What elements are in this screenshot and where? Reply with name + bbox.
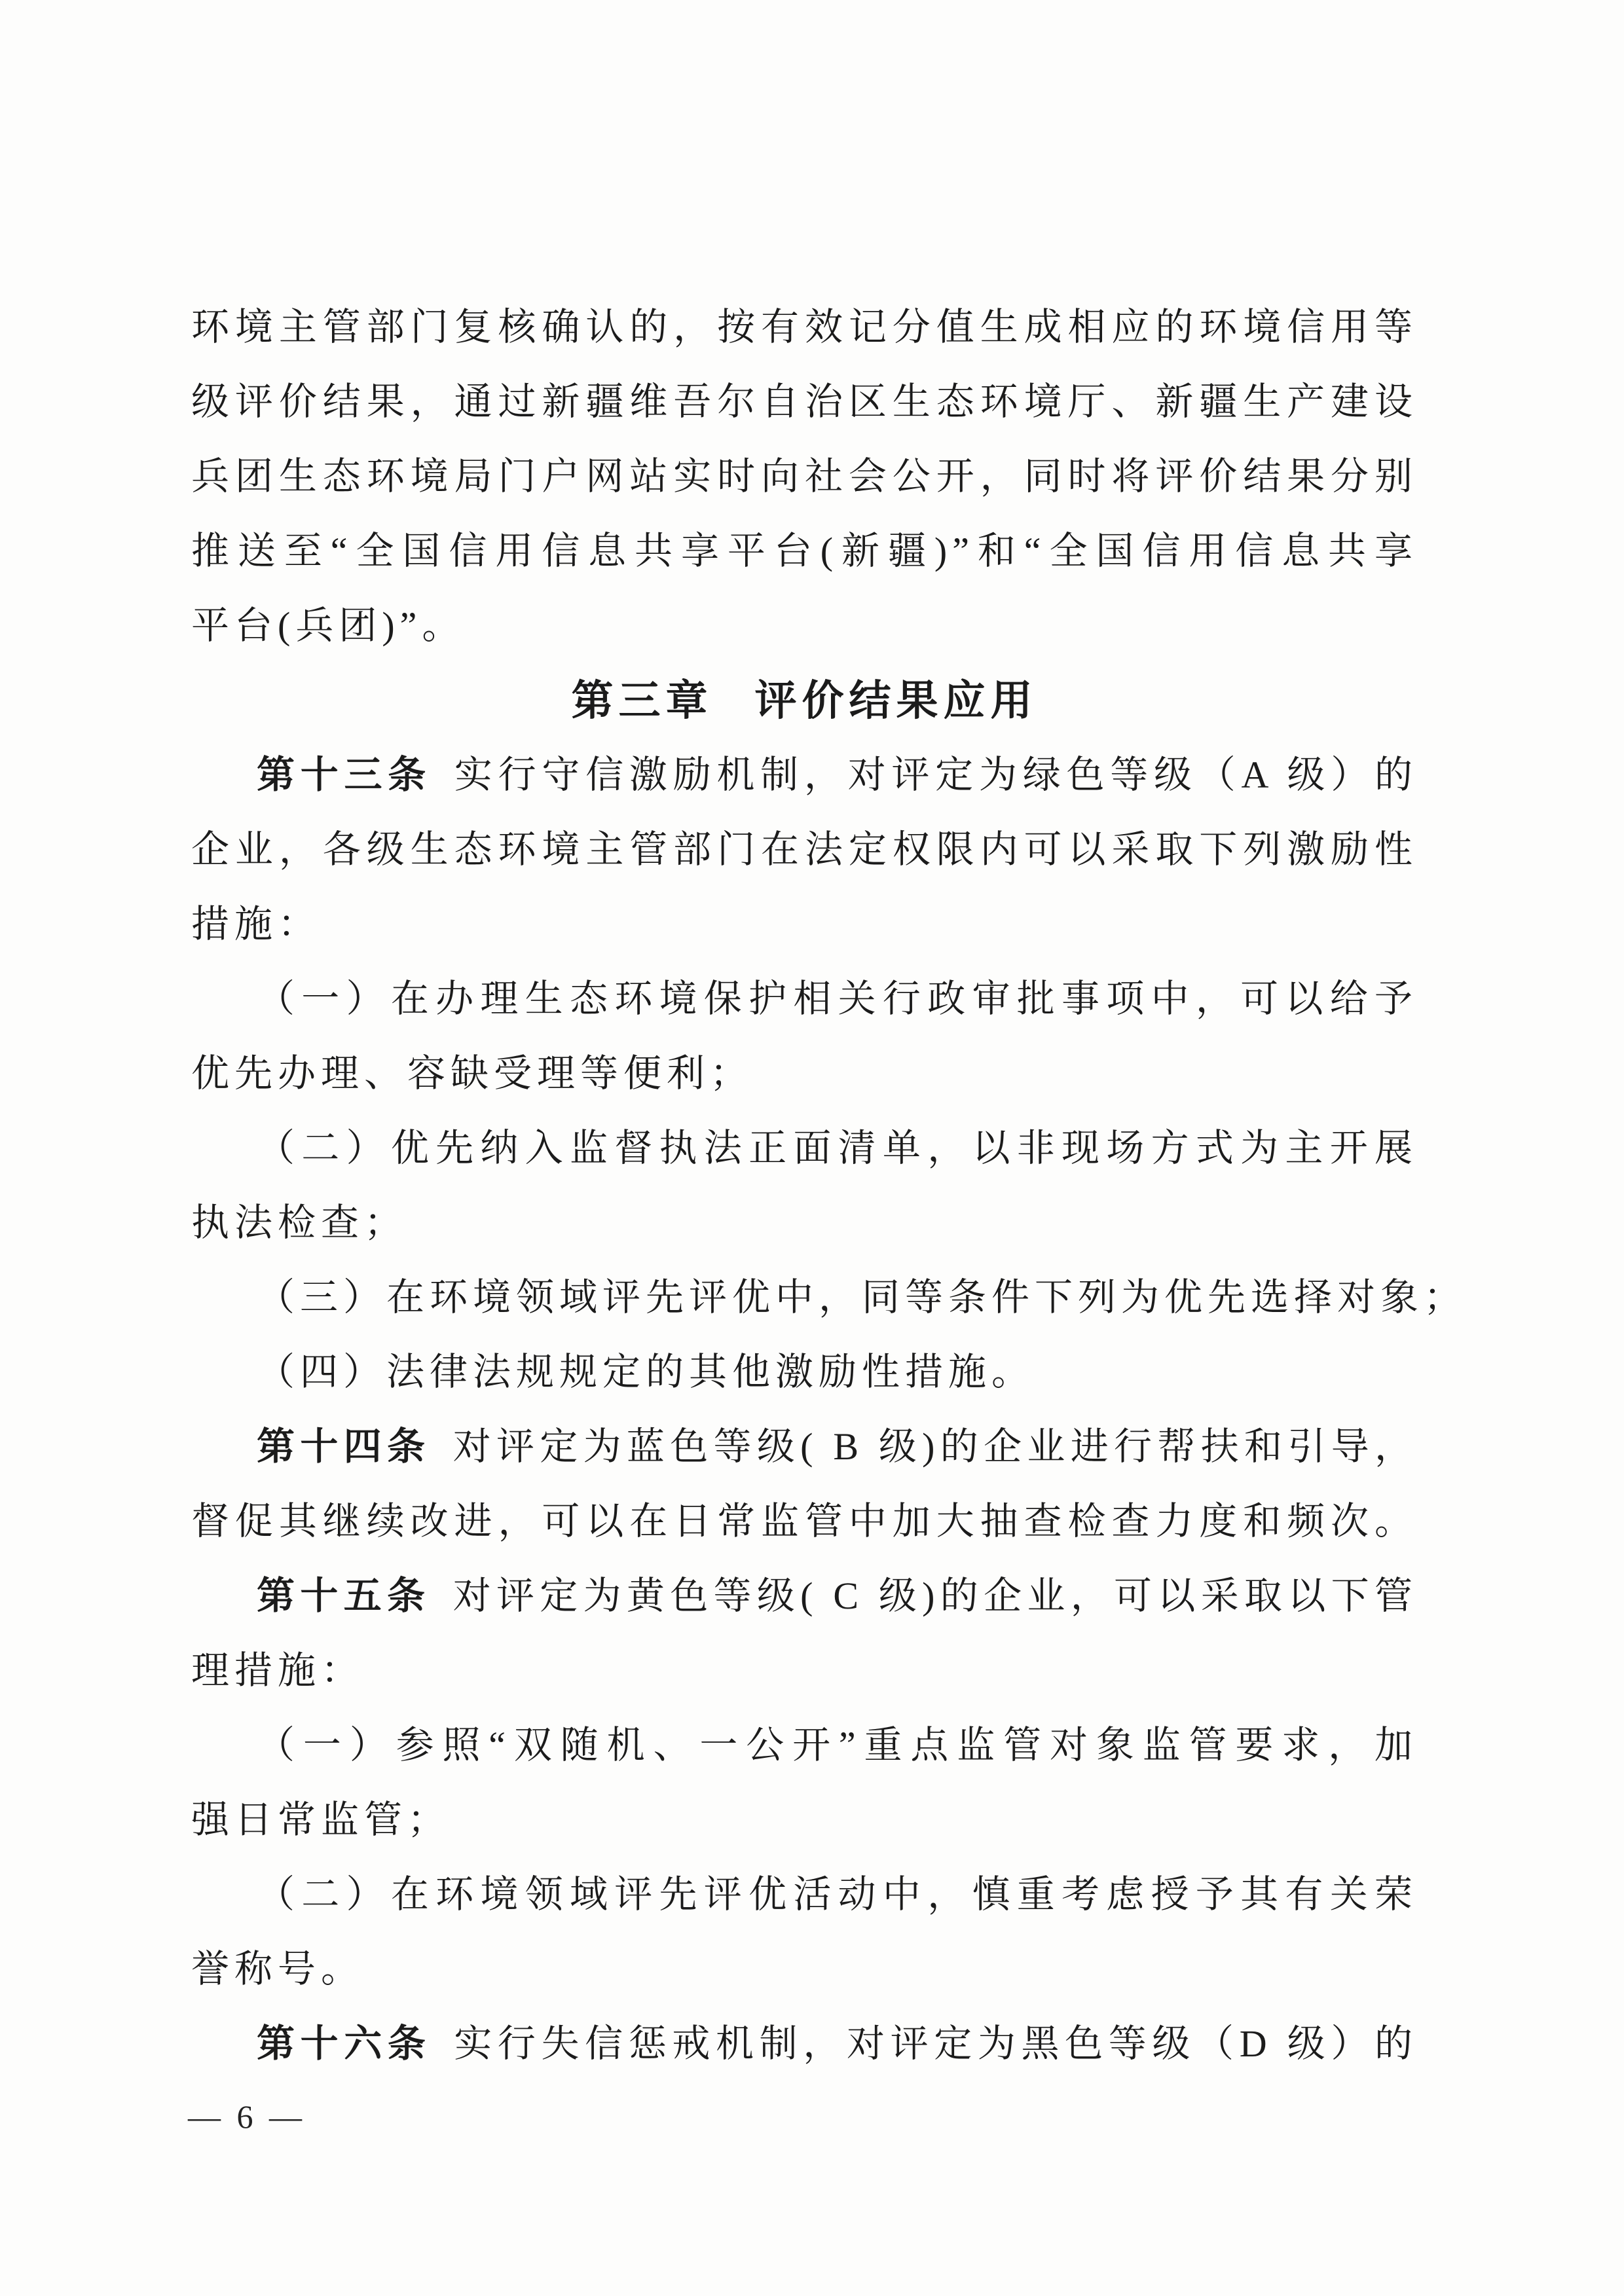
article-number: 第十六条 bbox=[257, 2022, 432, 2065]
paragraph-line: 环境主管部门复核确认的，按有效记分值生成相应的环境信用等 bbox=[191, 290, 1418, 365]
paragraph-line: 强日常监管； bbox=[191, 1783, 1418, 1857]
paragraph-line: 第十六条实行失信惩戒机制，对评定为黑色等级（D 级）的 bbox=[191, 2007, 1418, 2081]
document-body: 环境主管部门复核确认的，按有效记分值生成相应的环境信用等 级评价结果，通过新疆维… bbox=[191, 290, 1418, 2081]
paragraph-line: 第十三条实行守信激励机制，对评定为绿色等级（A 级）的 bbox=[191, 738, 1418, 812]
paragraph-line: 推送至“全国信用信息共享平台(新疆)”和“全国信用信息共享 bbox=[191, 514, 1418, 589]
paragraph-line: 平台(兵团)”。 bbox=[191, 589, 1418, 663]
paragraph-line: 优先办理、容缺受理等便利； bbox=[191, 1036, 1418, 1111]
chapter-title: 评价结果应用 bbox=[755, 677, 1038, 724]
paragraph-line: （二）在环境领域评先评优活动中，慎重考虑授予其有关荣 bbox=[191, 1857, 1418, 1932]
line-text: 对评定为黄色等级( C 级)的企业，可以采取以下管 bbox=[452, 1575, 1418, 1617]
document-page: 环境主管部门复核确认的，按有效记分值生成相应的环境信用等 级评价结果，通过新疆维… bbox=[0, 0, 1624, 2296]
paragraph-line: （一）在办理生态环境保护相关行政审批事项中，可以给予 bbox=[191, 962, 1418, 1036]
line-text: 对评定为蓝色等级( B 级)的企业进行帮扶和引导， bbox=[452, 1425, 1418, 1468]
paragraph-line: （一）参照“双随机、一公开”重点监管对象监管要求，加 bbox=[191, 1708, 1418, 1783]
chapter-heading: 第三章评价结果应用 bbox=[191, 663, 1418, 738]
line-text: 实行失信惩戒机制，对评定为黑色等级（D 级）的 bbox=[454, 2022, 1418, 2065]
paragraph-line: （三）在环境领域评先评优中，同等条件下列为优先选择对象； bbox=[191, 1260, 1418, 1335]
paragraph-line: （四）法律法规规定的其他激励性措施。 bbox=[191, 1335, 1418, 1410]
paragraph-line: 兵团生态环境局门户网站实时向社会公开，同时将评价结果分别 bbox=[191, 439, 1418, 514]
article-number: 第十三条 bbox=[257, 754, 432, 796]
paragraph-line: 誉称号。 bbox=[191, 1932, 1418, 2007]
paragraph-line: 第十五条对评定为黄色等级( C 级)的企业，可以采取以下管 bbox=[191, 1559, 1418, 1633]
page-number: — 6 — bbox=[188, 2098, 306, 2136]
article-number: 第十四条 bbox=[257, 1425, 430, 1468]
chapter-number: 第三章 bbox=[572, 677, 713, 724]
article-number: 第十五条 bbox=[257, 1575, 430, 1617]
paragraph-line: 级评价结果，通过新疆维吾尔自治区生态环境厅、新疆生产建设 bbox=[191, 365, 1418, 439]
paragraph-line: 执法检查； bbox=[191, 1186, 1418, 1260]
line-text: 实行守信激励机制，对评定为绿色等级（A 级）的 bbox=[454, 754, 1418, 796]
paragraph-line: 企业，各级生态环境主管部门在法定权限内可以采取下列激励性 bbox=[191, 812, 1418, 887]
paragraph-line: 措施： bbox=[191, 887, 1418, 962]
paragraph-line: 第十四条对评定为蓝色等级( B 级)的企业进行帮扶和引导， bbox=[191, 1410, 1418, 1484]
paragraph-line: 督促其继续改进，可以在日常监管中加大抽查检查力度和频次。 bbox=[191, 1484, 1418, 1559]
paragraph-line: 理措施： bbox=[191, 1633, 1418, 1708]
paragraph-line: （二）优先纳入监督执法正面清单，以非现场方式为主开展 bbox=[191, 1111, 1418, 1186]
